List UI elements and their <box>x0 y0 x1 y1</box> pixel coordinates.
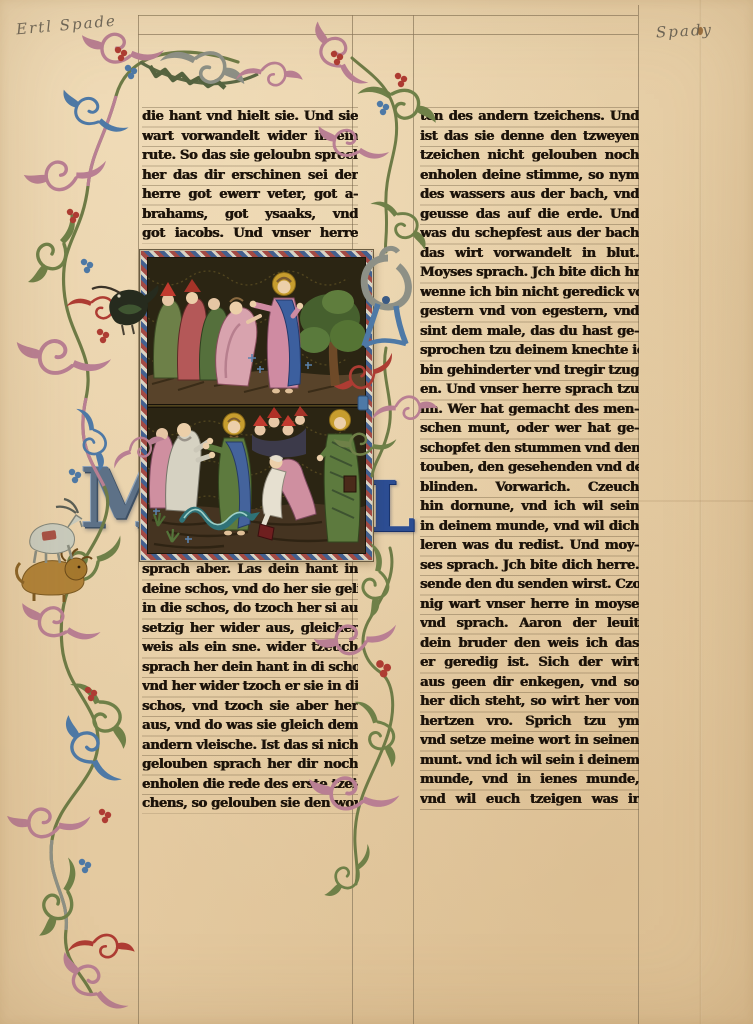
manuscript-text-line: was du schepfest aus der bach <box>420 224 639 244</box>
manuscript-text-line: ten des andern tzeichens. Und <box>420 107 639 127</box>
manuscript-text-line: sende den du senden wirst. Czor- <box>420 575 639 595</box>
manuscript-text-line: sint dem male, das du hast ge- <box>420 322 639 342</box>
manuscript-text-line: gelouben sprach her dir noch <box>142 755 358 775</box>
manuscript-text-line: sprach aber. Las dein hant in <box>142 560 358 580</box>
manuscript-text-line: in die schos, do tzoch her si aus <box>142 599 358 619</box>
manuscript-text-line: en. Und vnser herre sprach tzu <box>420 380 639 400</box>
manuscript-text-line: vnd setze meine wort in seinen <box>420 731 639 751</box>
ruling-line-horizontal-top1 <box>138 15 638 16</box>
manuscript-text-line: her das dir erschinen sei der <box>142 166 358 186</box>
manuscript-text-line: brahams, got ysaaks, vnd <box>142 205 358 225</box>
manuscript-text-line: schopfet den stummen vnd den <box>420 439 639 459</box>
manuscript-text-line: tzeichen nicht gelouben noch <box>420 146 639 166</box>
manuscript-text-line: geusse das auf die erde. Und <box>420 205 639 225</box>
manuscript-text-line: herre got ewerr veter, got a- <box>142 185 358 205</box>
manuscript-text-line: wenne ich bin nicht geredick vo <box>420 283 639 303</box>
ornamental-initial-l: L <box>366 472 415 542</box>
manuscript-text-line: rute. So das sie geloubn sprech <box>142 146 358 166</box>
manuscript-text-line: aus, vnd do was sie gleich dem <box>142 716 358 736</box>
manuscript-text-line: vnd sprach. Aaron der leuit <box>420 614 639 634</box>
manuscript-text-line: touben, den gesehenden vnd den <box>420 458 639 478</box>
manuscript-text-line: deine schos, vnd do her sie geli- <box>142 580 358 600</box>
miniature-painting <box>148 258 365 553</box>
manuscript-text-line: enholen deine stimme, so nym <box>420 166 639 186</box>
lower-register <box>148 406 365 553</box>
left-column-upper-text: die hant vnd hielt sie. Und siewart vorw… <box>142 107 358 244</box>
manuscript-text-line: got iacobs. Und vnser herre <box>142 224 358 244</box>
manuscript-text-line: das wirt vorwandelt in blut. <box>420 244 639 264</box>
top-thistle-branch <box>140 62 258 84</box>
manuscript-text-line: er geredig ist. Sich der wirt <box>420 653 639 673</box>
manuscript-text-line: enholen die rede des erste tzei- <box>142 775 358 795</box>
manuscript-text-line: her dich steht, so wirt her von <box>420 692 639 712</box>
manuscript-text-line: nig wart vnser herre in moyse <box>420 595 639 615</box>
manuscript-text-line: in deinem munde, vnd wil dich <box>420 517 639 537</box>
manuscript-text-line: aus geen dir enkegen, vnd so <box>420 673 639 693</box>
paper-fold-crease-vertical <box>699 0 702 1024</box>
manuscript-text-line: wart vorwandelt wider in ein <box>142 127 358 147</box>
pencil-annotation-top-right: Spady <box>656 21 714 42</box>
manuscript-text-line: weis als ein sne. wider tzeuch <box>142 638 358 658</box>
pencil-annotation-top-left: Ertl Spade <box>15 12 117 39</box>
manuscript-text-line: sprochen tzu deinem knechte ich <box>420 341 639 361</box>
manuscript-text-line: vnd her wider tzoch er sie in die <box>142 677 358 697</box>
manuscript-text-line: munde, vnd in ienes munde, <box>420 770 639 790</box>
manuscript-text-line: dein bruder den weis ich das <box>420 634 639 654</box>
left-column-lower-text: sprach aber. Las dein hant indeine schos… <box>142 560 358 814</box>
manuscript-text-line: des wassers aus der bach, vnd <box>420 185 639 205</box>
manuscript-text-line: schen munt, oder wer hat ge- <box>420 419 639 439</box>
manuscript-text-line: bin gehinderter vnd tregir tzug- <box>420 361 639 381</box>
manuscript-text-line: leren was du redist. Und moy- <box>420 536 639 556</box>
miniature-scene-moses-serpent <box>148 258 365 553</box>
manuscript-text-line: Moyses sprach. Jch bite dich hre <box>420 263 639 283</box>
manuscript-text-line: sprach her dein hant in di scho- <box>142 658 358 678</box>
manuscript-text-line: hertzen vro. Sprich tzu ym <box>420 712 639 732</box>
manuscript-text-line: schos, vnd tzoch sie aber her <box>142 697 358 717</box>
upper-register <box>148 273 365 407</box>
manuscript-text-line: gestern vnd von egestern, vnd <box>420 302 639 322</box>
manuscript-text-line: vnd wil euch tzeigen was ir <box>420 790 639 810</box>
manuscript-text-line: andern vleische. Ist das si nich <box>142 736 358 756</box>
miniature-frame <box>141 251 372 560</box>
ruling-line-horizontal-top2 <box>138 34 638 35</box>
manuscript-text-line: munt. vnd ich wil sein i deinem <box>420 751 639 771</box>
manuscript-text-line: setzig her wider aus, gleicher <box>142 619 358 639</box>
manuscript-text-line: ist das sie denne den tzweyen <box>420 127 639 147</box>
manuscript-text-line: ses sprach. Jch bite dich herre. <box>420 556 639 576</box>
manuscript-page: Ertl Spade Spady M L die hant vnd hielt … <box>0 0 753 1024</box>
manuscript-text-line: hin dornune, vnd ich wil sein <box>420 497 639 517</box>
manuscript-text-line: chens, so gelouben sie den wor <box>142 794 358 814</box>
manuscript-text-line: blinden. Vorwarich. Czeuch <box>420 478 639 498</box>
manuscript-text-line: im. Wer hat gemacht des men- <box>420 400 639 420</box>
manuscript-text-line: die hant vnd hielt sie. Und sie <box>142 107 358 127</box>
right-column-text: ten des andern tzeichens. Undist das sie… <box>420 107 639 810</box>
